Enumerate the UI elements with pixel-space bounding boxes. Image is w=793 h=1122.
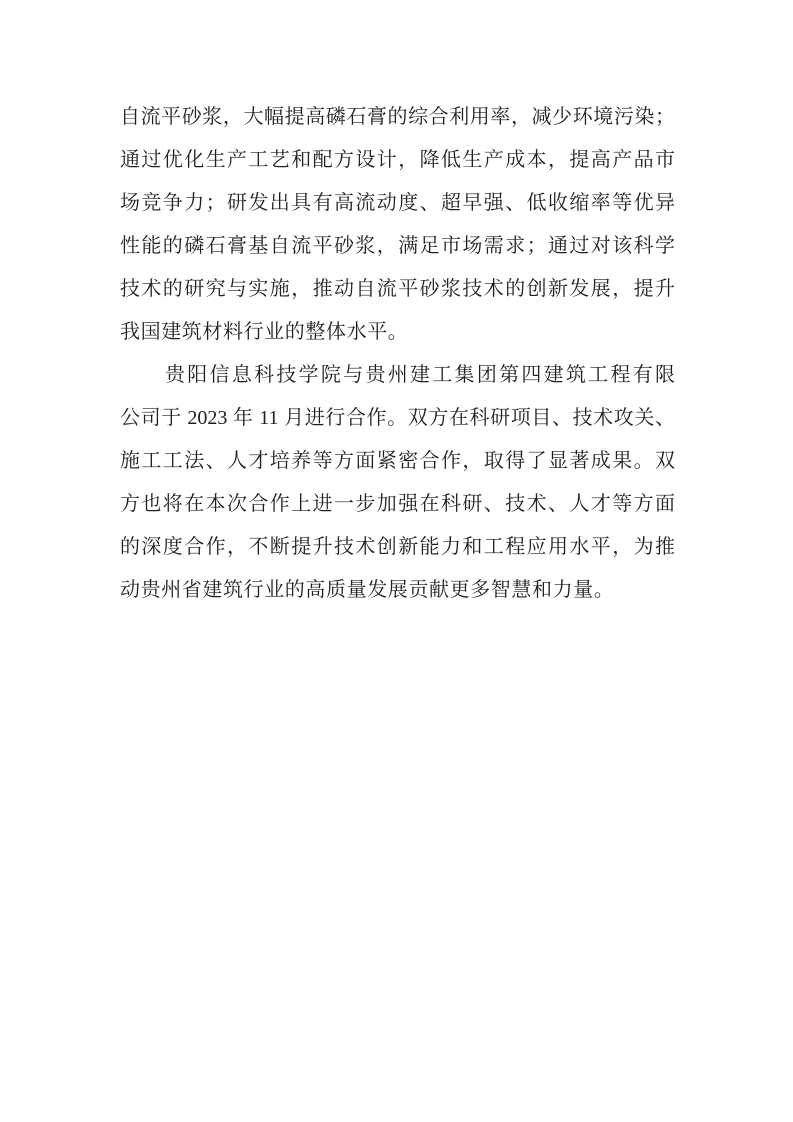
text-line: 的深度合作，不断提升技术创新能力和工程应用水平，为推 — [120, 526, 675, 569]
text-block: 自流平砂浆，大幅提高磷石膏的综合利用率，减少环境污染； 通过优化生产工艺和配方设… — [120, 96, 675, 612]
text-line: 通过优化生产工艺和配方设计，降低生产成本，提高产品市 — [120, 139, 675, 182]
text-line: 我国建筑材料行业的整体水平。 — [120, 311, 675, 354]
text-line: 技术的研究与实施，推动自流平砂浆技术的创新发展，提升 — [120, 268, 675, 311]
text-line: 贵阳信息科技学院与贵州建工集团第四建筑工程有限 — [120, 354, 675, 397]
paragraph-2: 贵阳信息科技学院与贵州建工集团第四建筑工程有限 公司于 2023 年 11 月进… — [120, 354, 675, 612]
text-line: 方也将在本次合作上进一步加强在科研、技术、人才等方面 — [120, 483, 675, 526]
text-line: 自流平砂浆，大幅提高磷石膏的综合利用率，减少环境污染； — [120, 96, 675, 139]
paragraph-1: 自流平砂浆，大幅提高磷石膏的综合利用率，减少环境污染； 通过优化生产工艺和配方设… — [120, 96, 675, 354]
document-page: 自流平砂浆，大幅提高磷石膏的综合利用率，减少环境污染； 通过优化生产工艺和配方设… — [0, 0, 793, 1122]
text-line: 场竞争力；研发出具有高流动度、超早强、低收缩率等优异 — [120, 182, 675, 225]
text-line: 性能的磷石膏基自流平砂浆，满足市场需求；通过对该科学 — [120, 225, 675, 268]
text-line: 公司于 2023 年 11 月进行合作。双方在科研项目、技术攻关、 — [120, 397, 675, 440]
text-line: 动贵州省建筑行业的高质量发展贡献更多智慧和力量。 — [120, 569, 675, 612]
text-line: 施工工法、人才培养等方面紧密合作，取得了显著成果。双 — [120, 440, 675, 483]
